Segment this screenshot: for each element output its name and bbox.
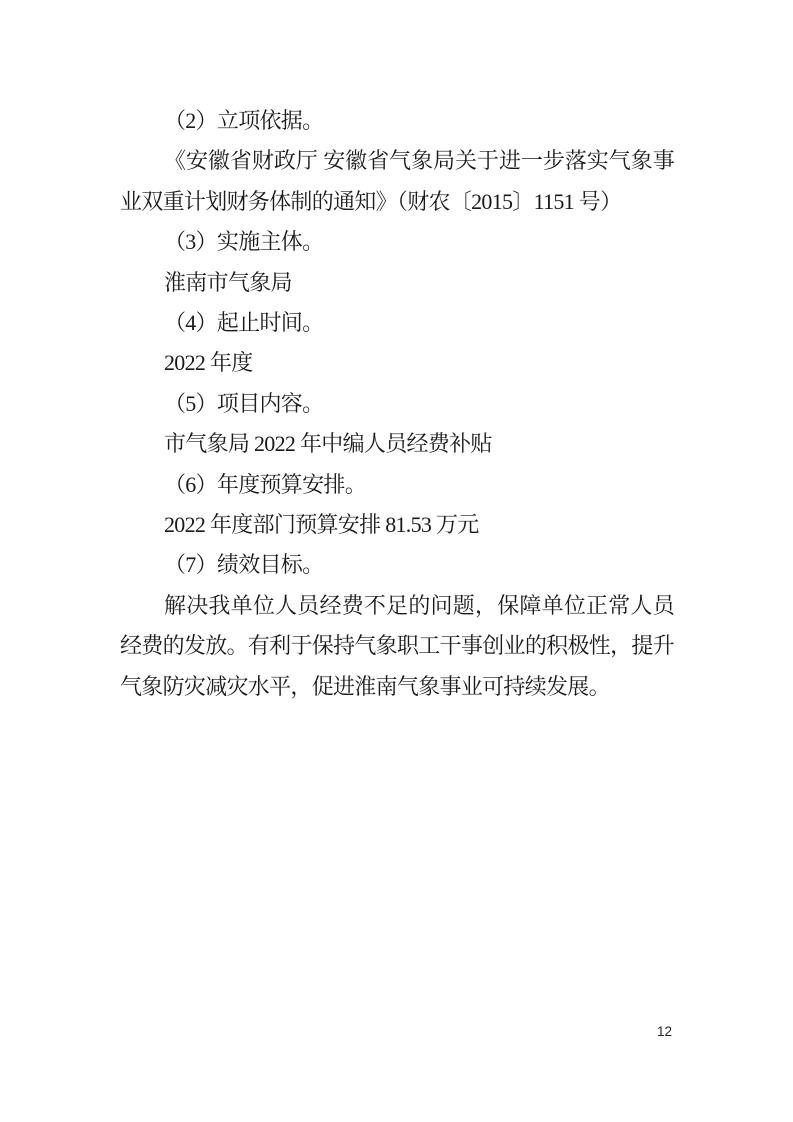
paragraph-item-6-body: 2022 年度部门预算安排 81.53 万元 <box>120 505 674 545</box>
document-page: （2）立项依据。《安徽省财政厅 安徽省气象局关于进一步落实气象事业双重计划财务体… <box>0 0 793 1122</box>
document-body: （2）立项依据。《安徽省财政厅 安徽省气象局关于进一步落实气象事业双重计划财务体… <box>120 101 674 707</box>
paragraph-item-3-heading: （3）实施主体。 <box>120 222 674 262</box>
paragraph-item-2-body: 《安徽省财政厅 安徽省气象局关于进一步落实气象事业双重计划财务体制的通知》（财农… <box>120 141 674 222</box>
paragraph-item-3-body: 淮南市气象局 <box>120 263 674 303</box>
paragraph-item-6-heading: （6）年度预算安排。 <box>120 465 674 505</box>
page-number: 12 <box>657 1024 672 1040</box>
paragraph-item-2-heading: （2）立项依据。 <box>120 101 674 141</box>
paragraph-item-7-body: 解决我单位人员经费不足的问题，保障单位正常人员经费的发放。有利于保持气象职工干事… <box>120 586 674 707</box>
paragraph-item-5-body: 市气象局 2022 年中编人员经费补贴 <box>120 424 674 464</box>
paragraph-item-5-heading: （5）项目内容。 <box>120 384 674 424</box>
paragraph-item-4-heading: （4）起止时间。 <box>120 303 674 343</box>
paragraph-item-7-heading: （7）绩效目标。 <box>120 545 674 585</box>
paragraph-item-4-body: 2022 年度 <box>120 343 674 383</box>
